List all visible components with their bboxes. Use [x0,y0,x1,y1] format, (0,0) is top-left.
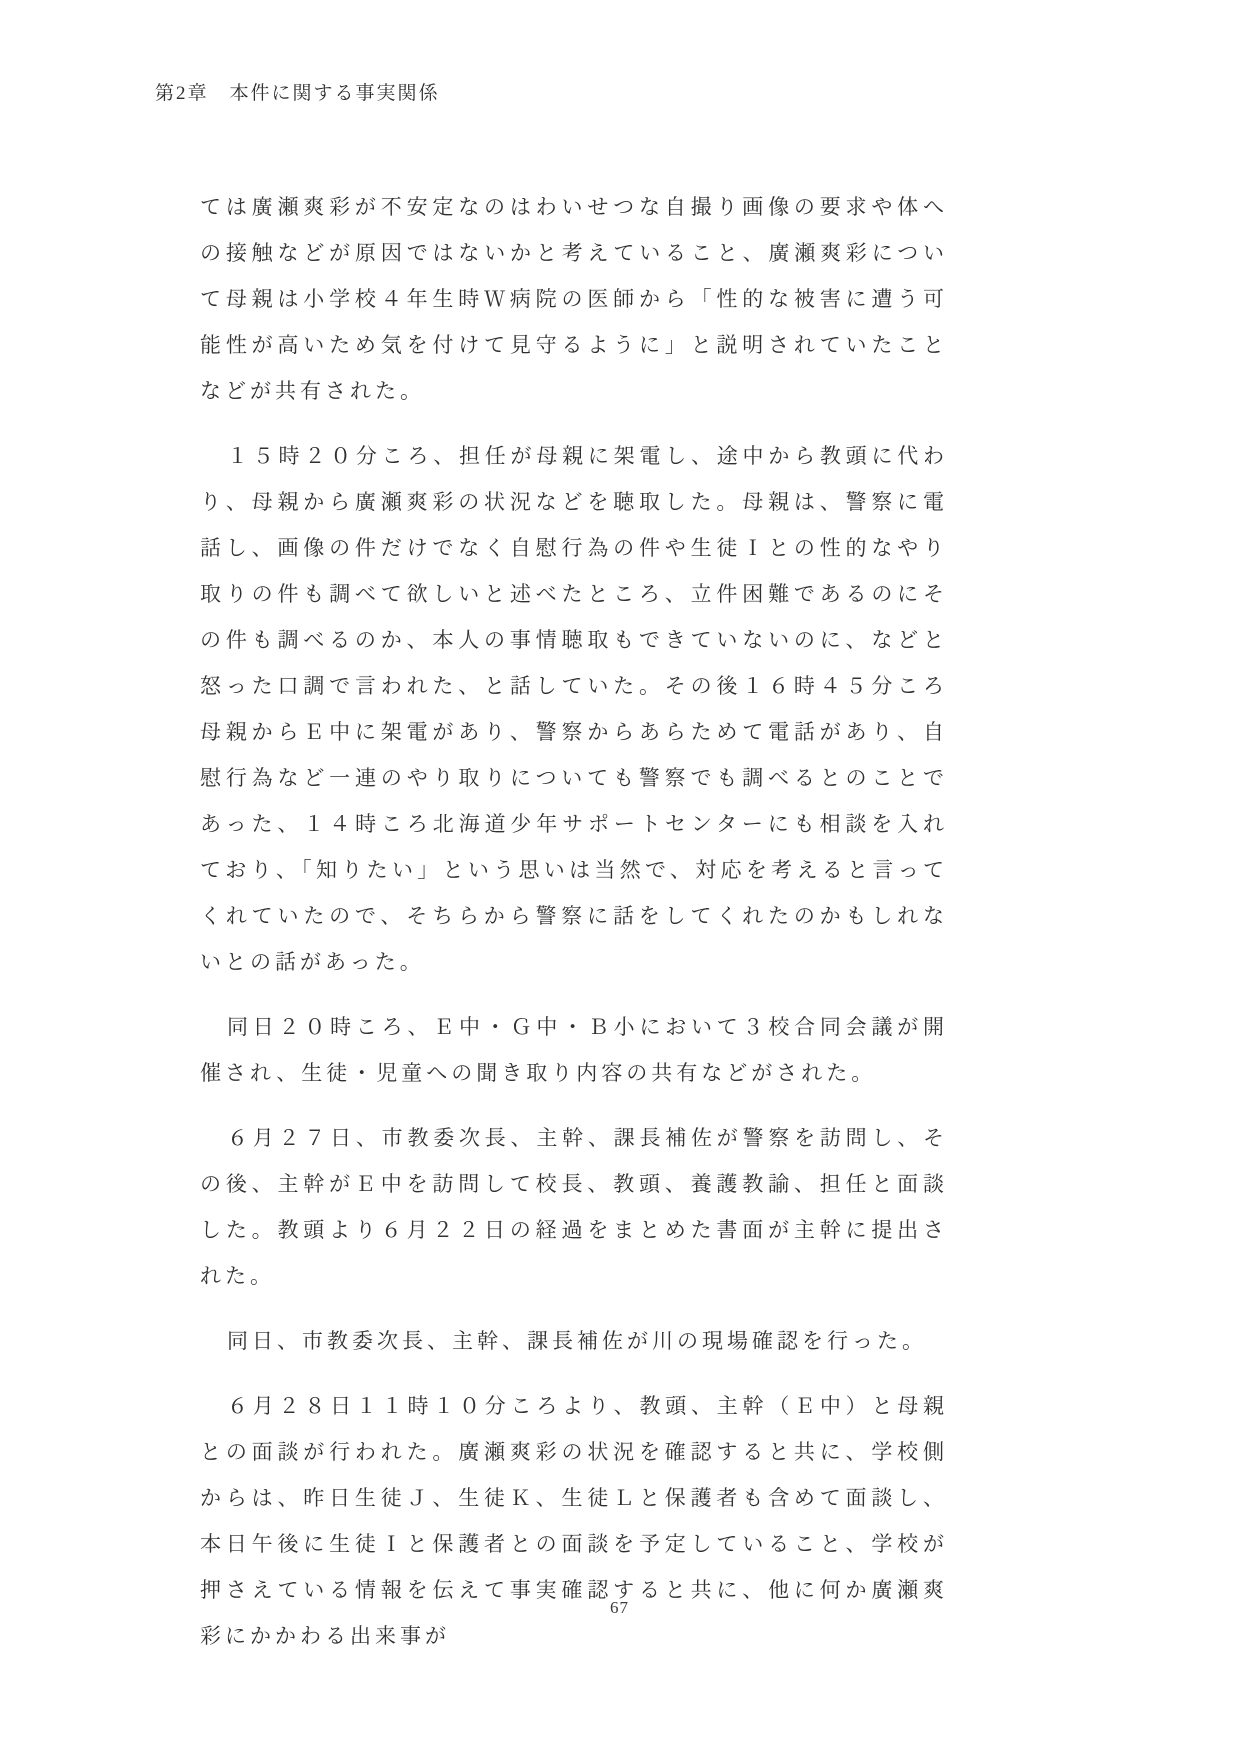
body-paragraph: 同日２０時ころ、Ｅ中・Ｇ中・Ｂ小において３校合同会議が開催され、生徒・児童への聞… [200,1004,948,1096]
body-text-block: ては廣瀬爽彩が不安定なのはわいせつな自撮り画像の要求や体への接触などが原因ではな… [200,184,948,1659]
body-paragraph: 同日、市教委次長、主幹、課長補佐が川の現場確認を行った。 [200,1318,948,1364]
body-paragraph: ては廣瀬爽彩が不安定なのはわいせつな自撮り画像の要求や体への接触などが原因ではな… [200,184,948,414]
document-page: 第2章 本件に関する事実関係 ては廣瀬爽彩が不安定なのはわいせつな自撮り画像の要… [0,0,1239,1754]
page-number: 67 [0,1598,1239,1618]
body-paragraph: ６月２７日、市教委次長、主幹、課長補佐が警察を訪問し、その後、主幹がＥ中を訪問し… [200,1115,948,1299]
body-paragraph: １５時２０分ころ、担任が母親に架電し、途中から教頭に代わり、母親から廣瀬爽彩の状… [200,433,948,985]
chapter-header: 第2章 本件に関する事実関係 [155,78,440,105]
